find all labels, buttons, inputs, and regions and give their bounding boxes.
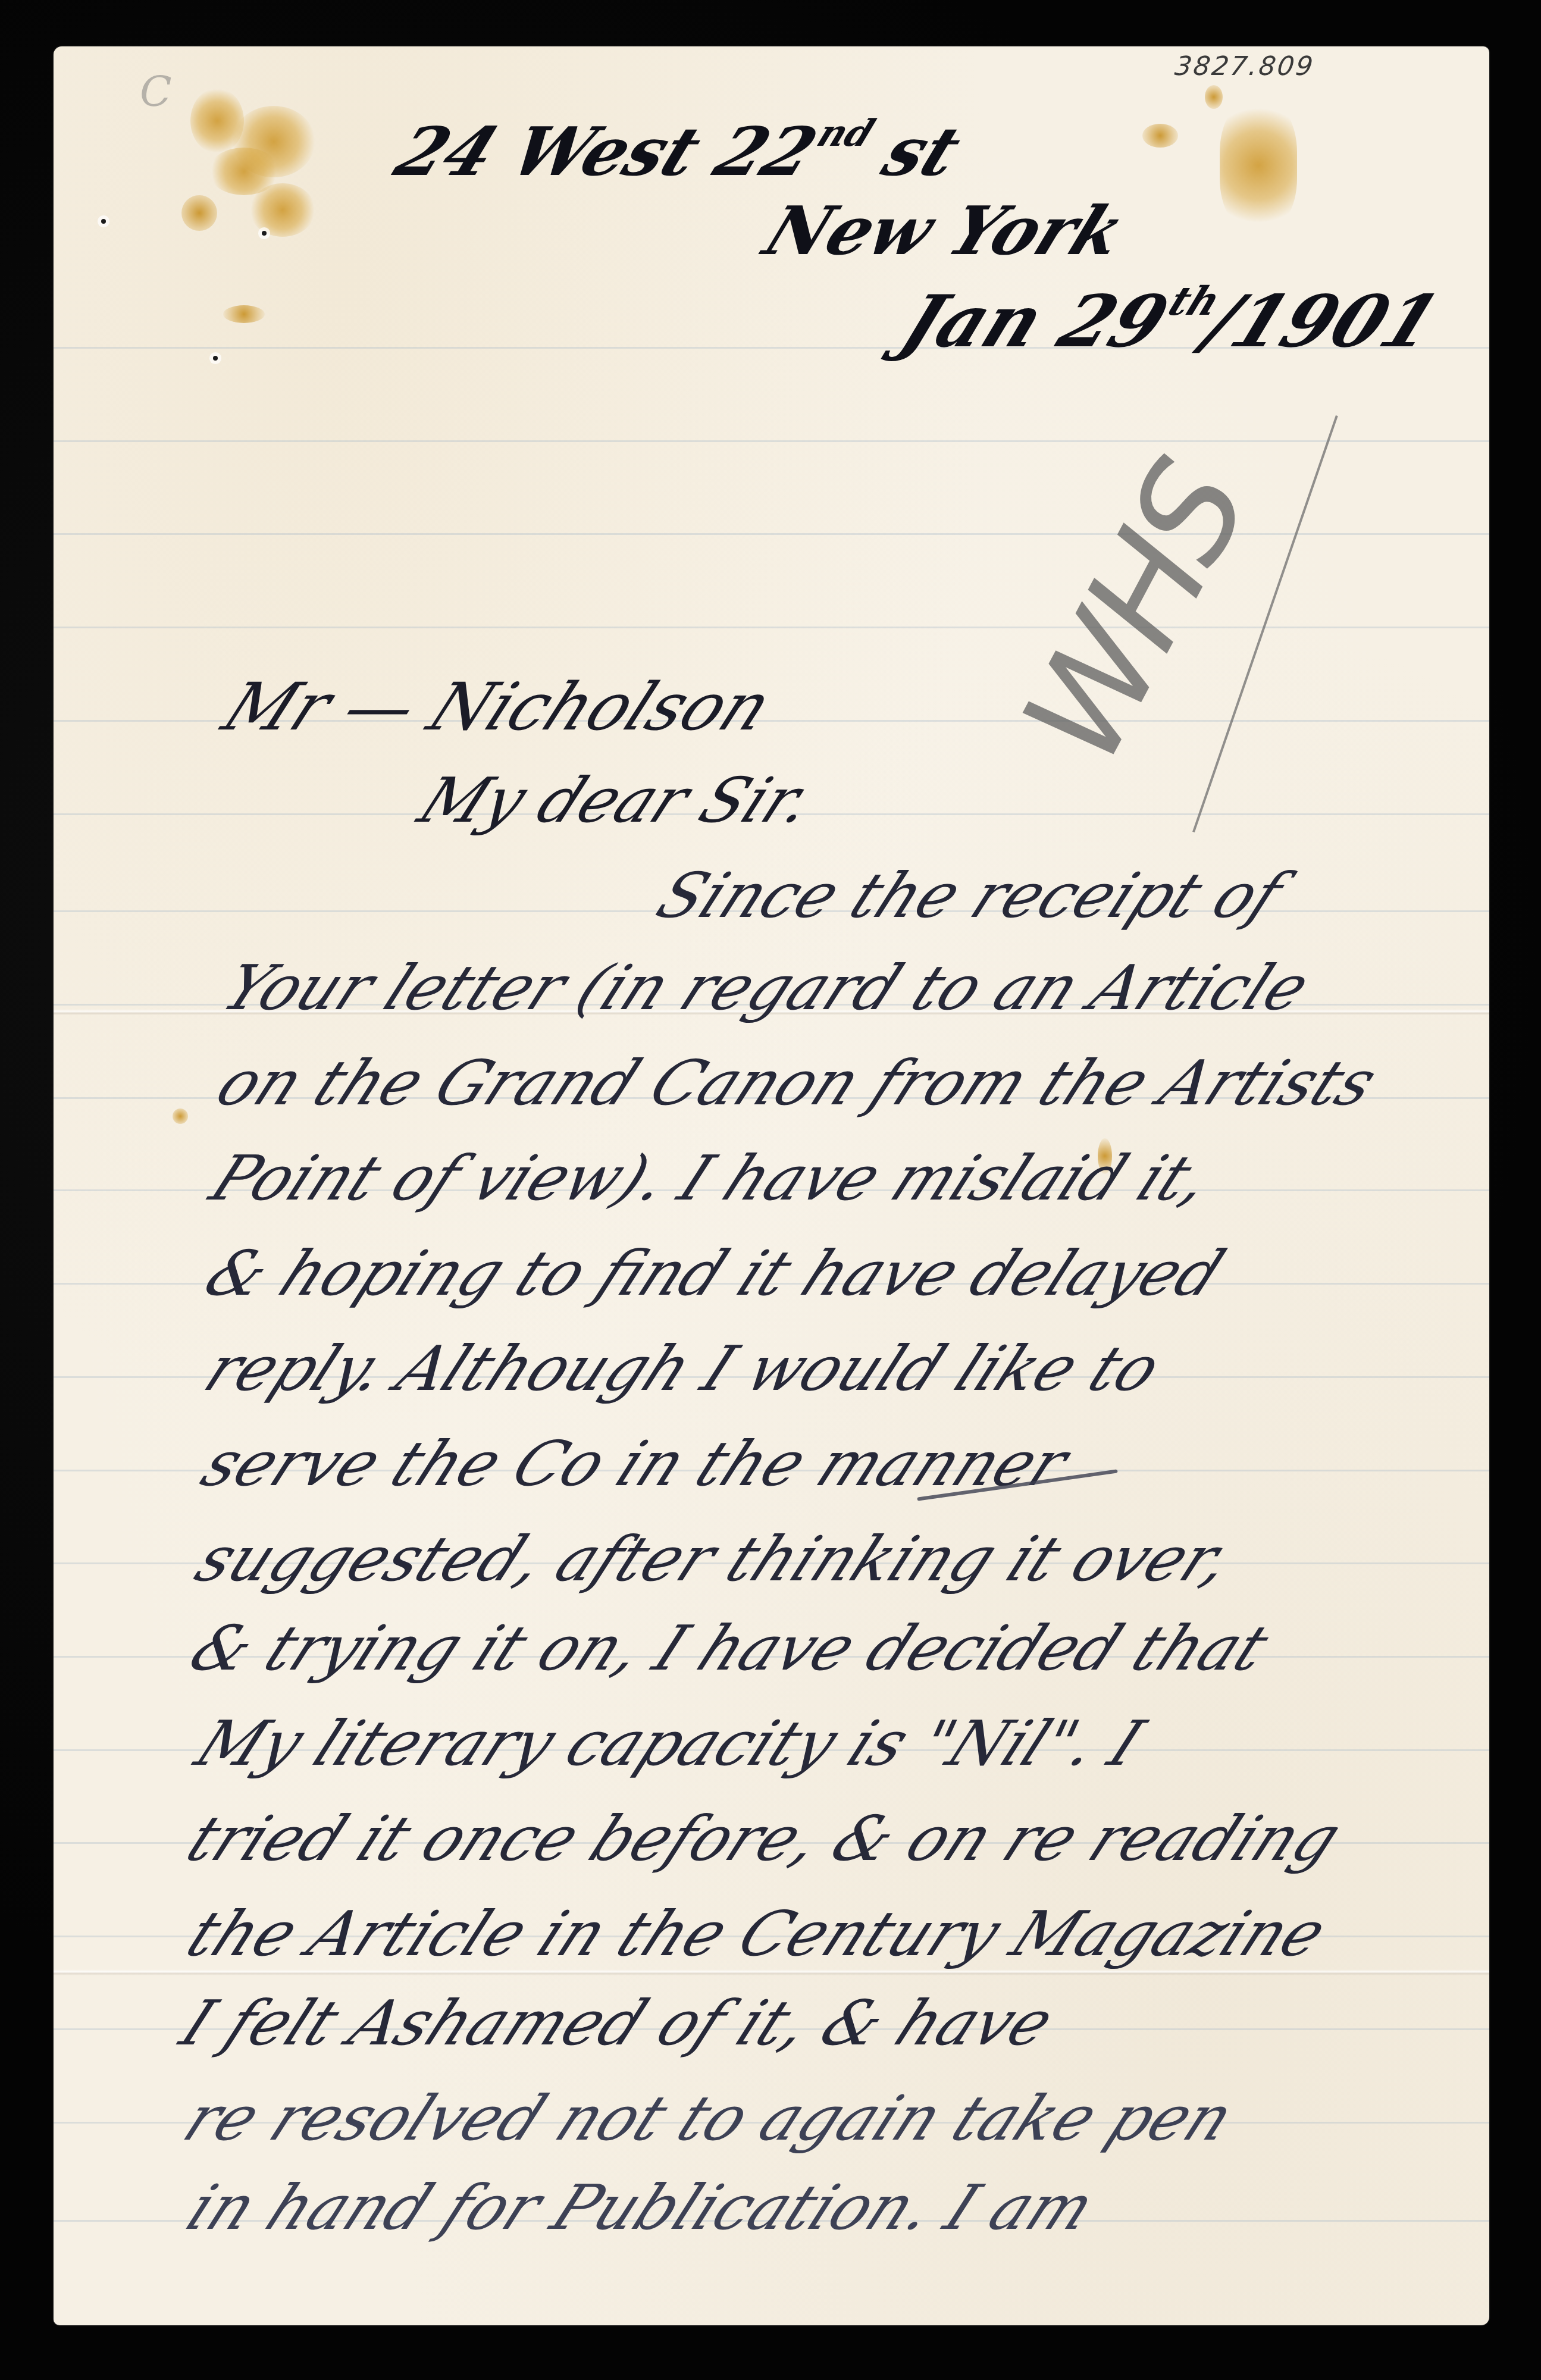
salutation-recipient: Mr — Nicholson [214, 674, 781, 740]
body-line: on the Grand Canon from the Artists [208, 1052, 1386, 1114]
address-street: 24 West 22nd st [387, 115, 971, 186]
ruled-line [54, 440, 1489, 442]
foxing-stain [1205, 85, 1223, 109]
body-line: re resolved not to again take pen [176, 2087, 1242, 2149]
ruled-line [54, 627, 1489, 628]
body-line: suggested, after thinking it over, [187, 1528, 1242, 1590]
fold-crease [54, 1969, 1489, 1975]
body-line: serve the Co in the manner [193, 1433, 1077, 1495]
body-line: Since the receipt of [649, 865, 1292, 926]
body-line: in hand for Publication. I am [178, 2177, 1104, 2238]
body-line: the Article in the Century Magazine [178, 1903, 1335, 1965]
address-city: New York [756, 198, 1134, 265]
body-line: reply. Although I would like to [196, 1338, 1170, 1399]
body-line: & hoping to find it have delayed [196, 1242, 1233, 1304]
ruled-line [54, 533, 1489, 535]
foxing-stain [250, 183, 315, 237]
pencil-initials-annotation: WHS [993, 441, 1277, 787]
foxing-stain [1142, 124, 1178, 148]
body-line: Your letter (in regard to an Article [214, 957, 1319, 1019]
foxing-stain [181, 195, 217, 231]
letter-paper: 3827.809 C 24 West 22nd st New York Jan … [54, 46, 1489, 2325]
pinhole [213, 356, 218, 361]
body-line: Point of view). I have mislaid it, [202, 1147, 1220, 1209]
pinhole [101, 219, 106, 224]
body-line: & trying it on, I have decided that [181, 1617, 1277, 1679]
foxing-stain [173, 1108, 188, 1124]
foxing-stain [223, 305, 265, 323]
salutation-greeting: My dear Sir. [411, 769, 823, 831]
body-line: My literary capacity is "Nil". I [187, 1712, 1152, 1774]
body-line: I felt Ashamed of it, & have [173, 1992, 1063, 2054]
body-line: tried it once before, & on re reading [178, 1808, 1350, 1869]
letter-date: Jan 29th/1901 [892, 281, 1451, 358]
ink-stain-blot [1220, 100, 1297, 231]
pinhole [262, 231, 267, 236]
archival-number: 3827.809 [1173, 51, 1316, 82]
pencil-corner-mark: C [140, 67, 172, 116]
